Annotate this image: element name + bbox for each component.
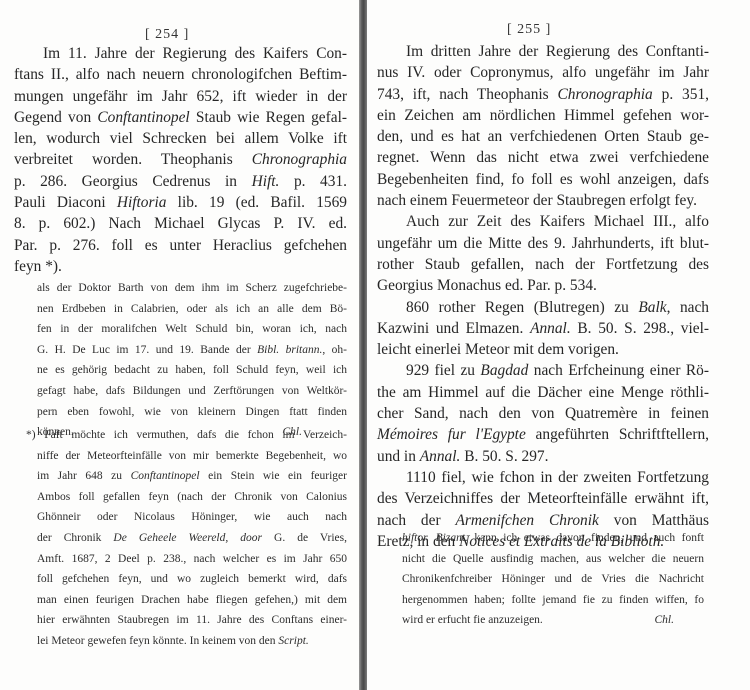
text-line: Im 11. Jahre der Regierung des Kaifers C… — [14, 43, 347, 64]
text-line: Ambos foll gefallen feyn (nach der Chron… — [26, 487, 347, 508]
right-footnote: hiftor. Bizant. kann ich etwas davon fin… — [402, 528, 704, 631]
page-number-255: [ 255 ] — [507, 22, 551, 38]
left-footnote-continuation-text: als der Doktor Barth von dem ihm im Sche… — [37, 278, 347, 443]
left-footnote-continuation: als der Doktor Barth von dem ihm im Sche… — [37, 278, 347, 443]
text-line: ftans II., alfo nach neuern chronologifc… — [14, 64, 347, 85]
text-line: foll gefchehen feyn, und wo zugleich bem… — [26, 569, 347, 590]
text-line: nus IV. oder Copronymus, alfo ungefähr i… — [377, 62, 709, 83]
text-line: hergenommen haben; follte jemand fie zu … — [402, 590, 704, 611]
text-line: the am Himmel auf die Dächer eine Menge … — [377, 382, 709, 403]
text-line: ein Zeichen am nördlichen Himmel gefehen… — [377, 105, 709, 126]
text-line: Gegend von Conftantinopel Staub wie Rege… — [14, 107, 347, 128]
left-main-text: Im 11. Jahre der Regierung des Kaifers C… — [14, 43, 347, 277]
text-line: 1110 fiel, wie fchon in der zweiten Fort… — [377, 467, 709, 488]
text-line: pern eben fowohl, wie von kleinern Dinge… — [37, 402, 347, 423]
text-line: 929 fiel zu Bagdad nach Erfcheinung eine… — [377, 360, 709, 381]
text-line: gefagt habe, dafs Bildungen und Zerftöru… — [37, 381, 347, 402]
text-line: hiftor. Bizant. kann ich etwas davon fin… — [402, 528, 704, 549]
text-line: fen in der moralifchen Welt Schuld bin, … — [37, 319, 347, 340]
text-line: Par. p. 276. foll es unter Heraclius gef… — [14, 235, 347, 256]
text-line: des Verzeichniffes der Meteorfteinfälle … — [377, 488, 709, 509]
text-line: *) Faft möchte ich vermuthen, dafs die f… — [26, 425, 347, 446]
text-line: regnet. Wenn das nicht etwa zwei verfchi… — [377, 147, 709, 168]
right-main-text: Im dritten Jahre der Regierung des Conft… — [377, 41, 709, 552]
text-line: nen Erdbeben in Calabrien, oder als ich … — [37, 299, 347, 320]
text-line: als der Doktor Barth von dem ihm im Sche… — [37, 278, 347, 299]
text-line: der Chronik De Geheele Weereld, door G. … — [26, 528, 347, 549]
text-line: G. H. De Luc im 17. und 19. Bande der Bi… — [37, 340, 347, 361]
text-line: nicht die Quelle ausfindig machen, aus w… — [402, 549, 704, 570]
text-line: p. 286. Georgius Cedrenus in Hift. p. 43… — [14, 171, 347, 192]
text-line: ne es gehörig bedacht zu haben, foll Sch… — [37, 360, 347, 381]
text-line: Auch zur Zeit des Kaifers Michael III., … — [377, 211, 709, 232]
text-line: 860 rother Regen (Blutregen) zu Balk, na… — [377, 297, 709, 318]
text-line: leicht einerlei Meteor mit dem vorigen. — [377, 339, 709, 360]
text-line: Chronikenfchreiber Höninger und de Vries… — [402, 569, 704, 590]
right-page: [ 255 ] Im dritten Jahre der Regierung d… — [367, 0, 750, 690]
text-line: Im dritten Jahre der Regierung des Conft… — [377, 41, 709, 62]
text-line: mungen ungefähr im Jahr 652, ift wieder … — [14, 86, 347, 107]
text-line: Amft. 1687, 2 Deel p. 238., nach welcher… — [26, 549, 347, 570]
text-line: Begebenheiten find, fo foll es wohl anze… — [377, 169, 709, 190]
text-line: lei Meteor gewefen feyn könnte. In keine… — [26, 631, 347, 652]
text-line: Kazwini und Elmazen. Annal. B. 50. S. 29… — [377, 318, 709, 339]
text-line: Georgius Monachus ed. Par. p. 534. — [377, 275, 709, 296]
text-line: Ghönneir oder Nicolaus Höninger, wie auc… — [26, 507, 347, 528]
text-line: cher Sand, nach den von Quatremère in fe… — [377, 403, 709, 424]
book-gutter — [359, 0, 367, 690]
text-line: feyn *). — [14, 256, 347, 277]
text-line: Mémoires fur l'Egypte angeführten Schrif… — [377, 424, 709, 445]
text-line: Pauli Diaconi Hiftoria lib. 19 (ed. Bafi… — [14, 192, 347, 213]
left-page: [ 254 ] Im 11. Jahre der Regierung des K… — [0, 0, 360, 690]
page-number-254: [ 254 ] — [145, 27, 189, 43]
text-line: man einen feurigen Drachen habe fliegen … — [26, 590, 347, 611]
text-line: verbreitet worden. Theophanis Chronograp… — [14, 149, 347, 170]
text-line: den, und es hat an verfchiedenen Orten S… — [377, 126, 709, 147]
text-line: ungefähr um die Mitte des 9. Jahrhundert… — [377, 233, 709, 254]
text-line: im Jahr 648 zu Conftantinopel ein Stein … — [26, 466, 347, 487]
text-line: nach einem Feuermeteor der Staubregen er… — [377, 190, 709, 211]
left-footnote-star: *) Faft möchte ich vermuthen, dafs die f… — [26, 425, 347, 652]
text-line: 8. p. 602.) Nach Michael Glycas P. IV. e… — [14, 213, 347, 234]
text-line: len, wodurch viel Schrecken bei allem Vo… — [14, 128, 347, 149]
text-line: hier erwähnten Staubregen im 11. Jahre d… — [26, 610, 347, 631]
text-line: und in Annal. B. 50. S. 297. — [377, 446, 709, 467]
text-line: rother Staub gefallen, nach der Fortfetz… — [377, 254, 709, 275]
text-line: 743, ift, nach Theophanis Chronographia … — [377, 84, 709, 105]
text-line: niffe der Meteorfteinfälle von mir bemer… — [26, 446, 347, 467]
